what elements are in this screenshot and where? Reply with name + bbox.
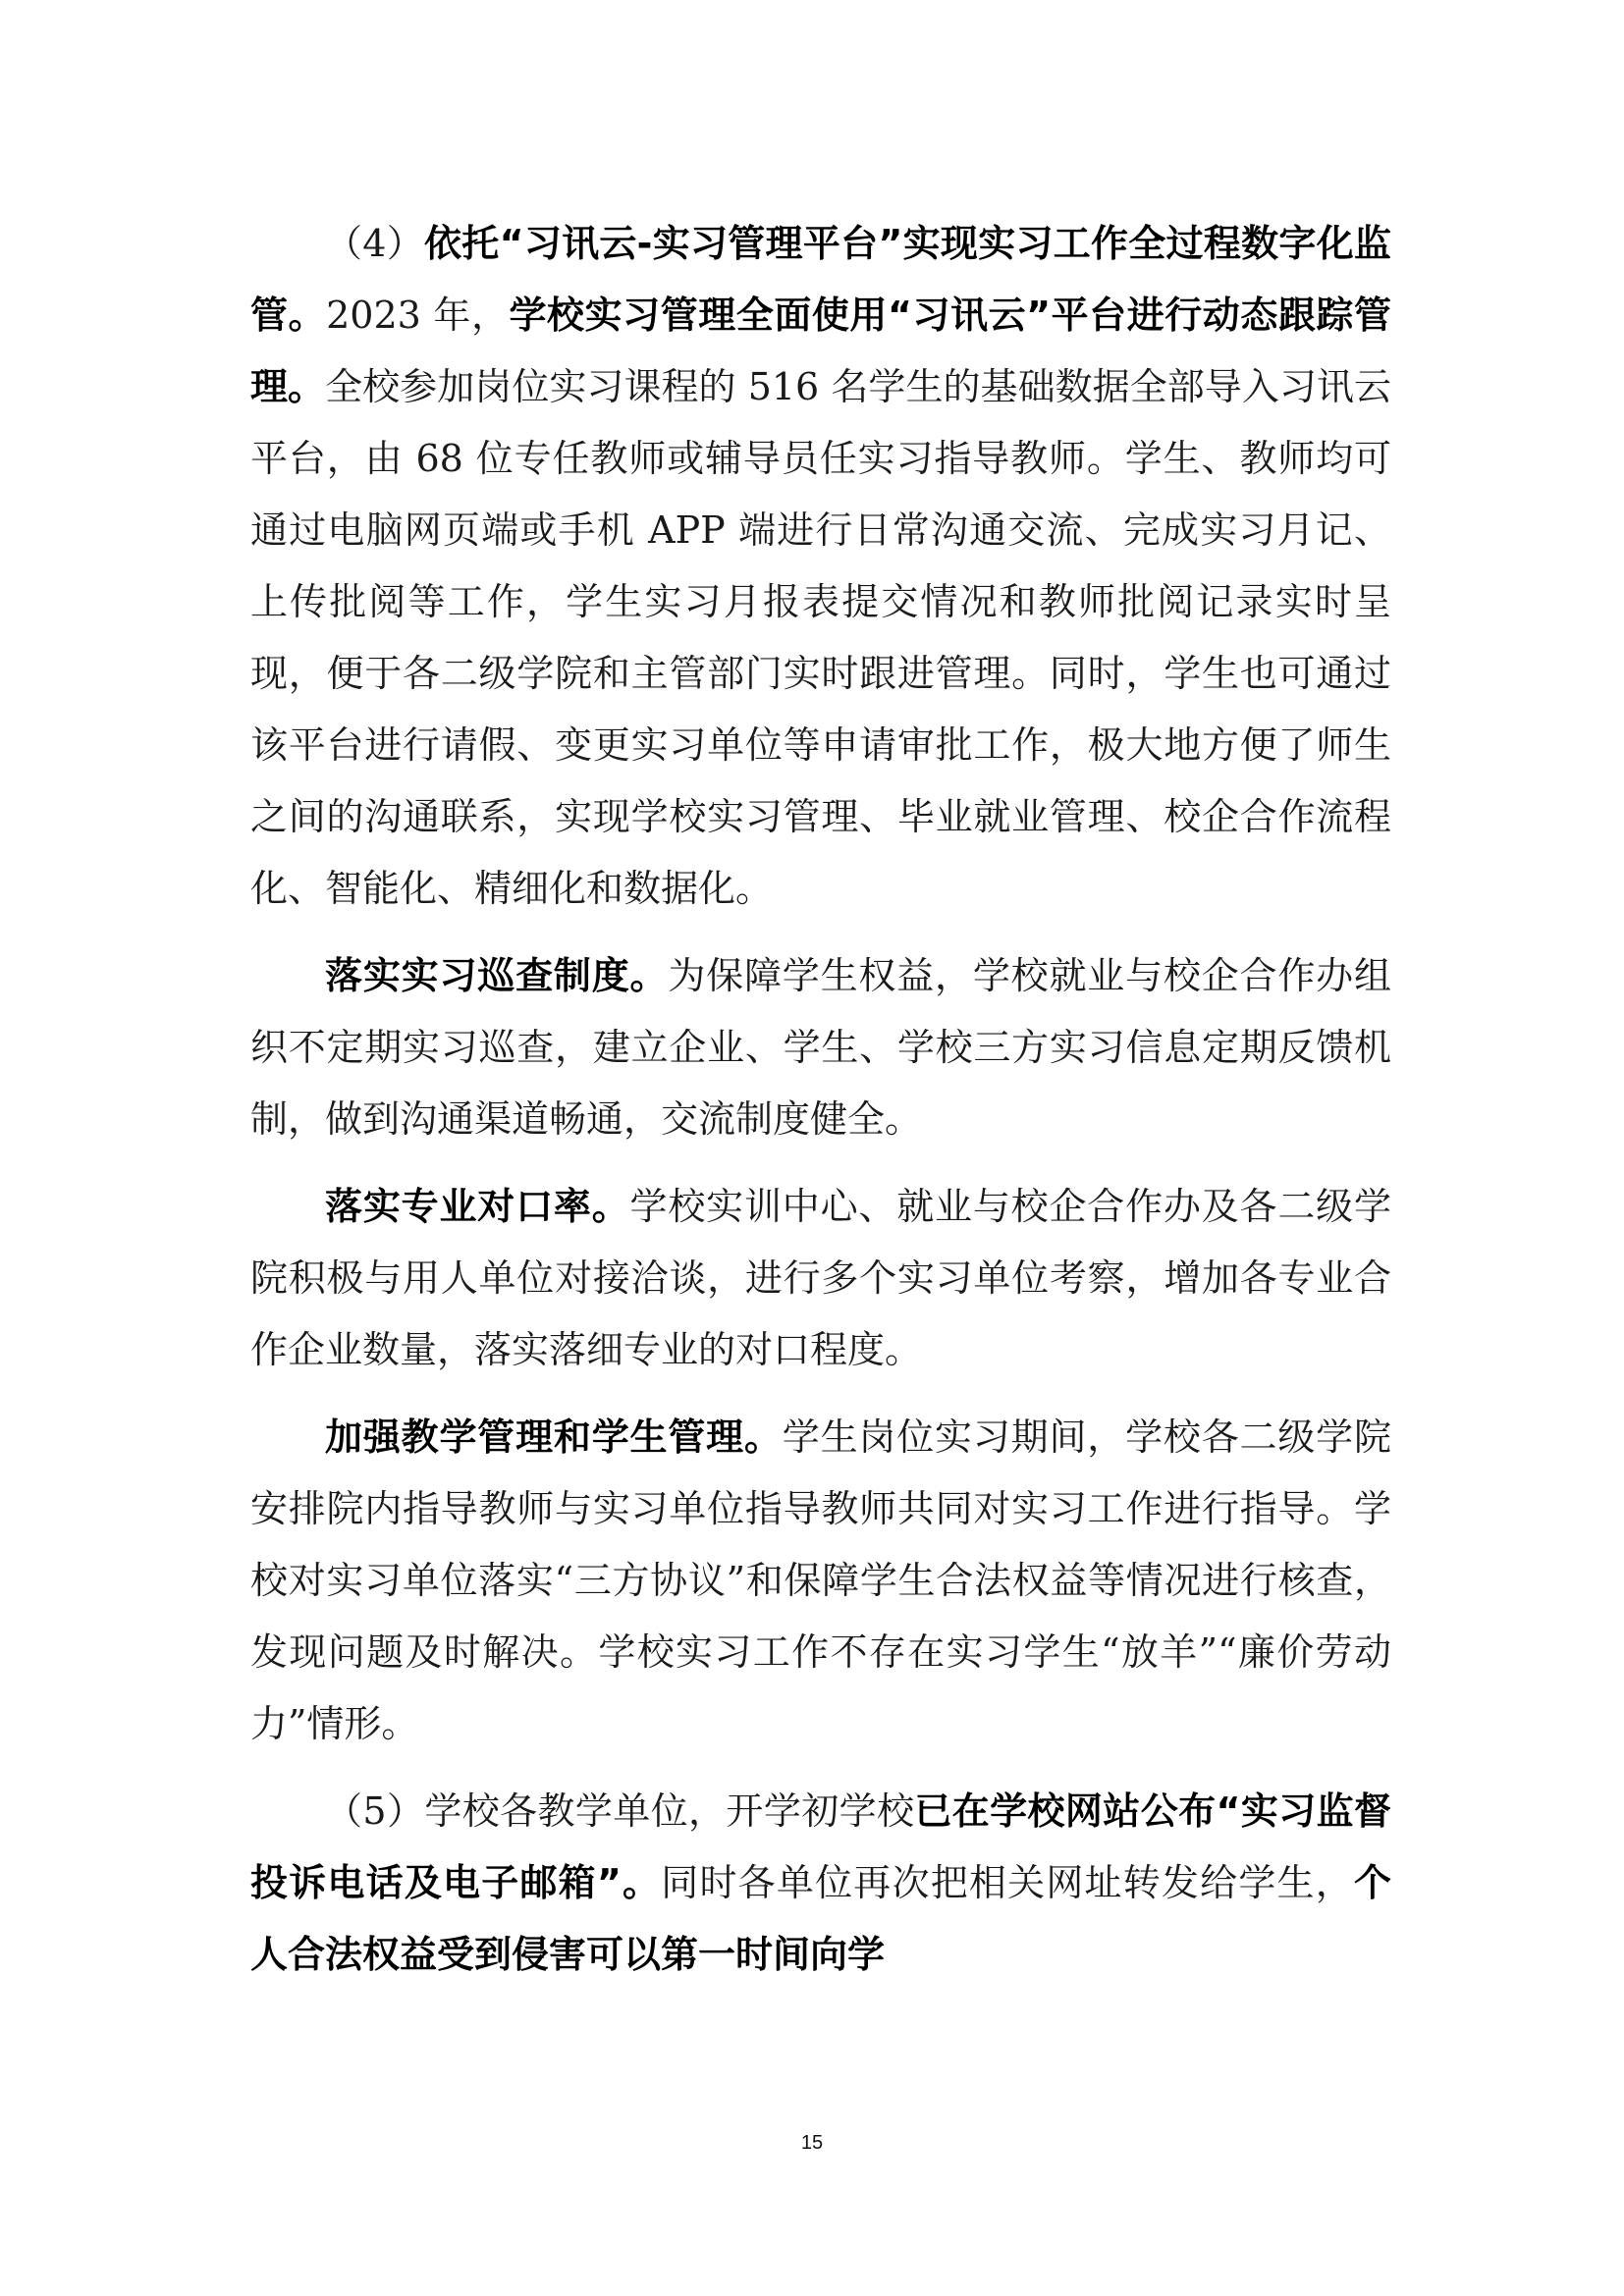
body-text: 全校参加岗位实习课程的 516 名学生的基础数据全部导入习讯云平台，由 68 位…: [250, 365, 1391, 910]
section-heading: 加强教学管理和学生管理。: [325, 1415, 783, 1459]
body-text: 2023 年，: [326, 294, 509, 337]
paragraph-major-match-rate: 落实专业对口率。学校实训中心、就业与校企合作办及各二级学院积极与用人单位对接洽谈…: [250, 1171, 1391, 1386]
body-text: 同时各单位再次把相关网址转发给学生，: [661, 1861, 1354, 1904]
document-body: （4）依托“习讯云-实习管理平台”实现实习工作全过程数字化监管。2023 年，学…: [250, 208, 1391, 2006]
section-number: （4）: [325, 222, 424, 265]
section-heading: 落实专业对口率。: [325, 1185, 630, 1228]
body-text: 学生岗位实习期间，学校各二级学院安排院内指导教师与实习单位指导教师共同对实习工作…: [250, 1415, 1391, 1745]
page-number: 15: [0, 2132, 1624, 2155]
body-text: （5）学校各教学单位，开学初学校: [325, 1789, 914, 1833]
section-heading: 落实实习巡查制度。: [325, 954, 668, 997]
paragraph-xixunyun-platform: （4）依托“习讯云-实习管理平台”实现实习工作全过程数字化监管。2023 年，学…: [250, 208, 1391, 925]
paragraph-complaint-channel: （5）学校各教学单位，开学初学校已在学校网站公布“实习监督投诉电话及电子邮箱”。…: [250, 1776, 1391, 1991]
paragraph-inspection-system: 落实实习巡查制度。为保障学生权益，学校就业与校企合作办组织不定期实习巡查，建立企…: [250, 940, 1391, 1155]
paragraph-teaching-management: 加强教学管理和学生管理。学生岗位实习期间，学校各二级学院安排院内指导教师与实习单…: [250, 1402, 1391, 1760]
